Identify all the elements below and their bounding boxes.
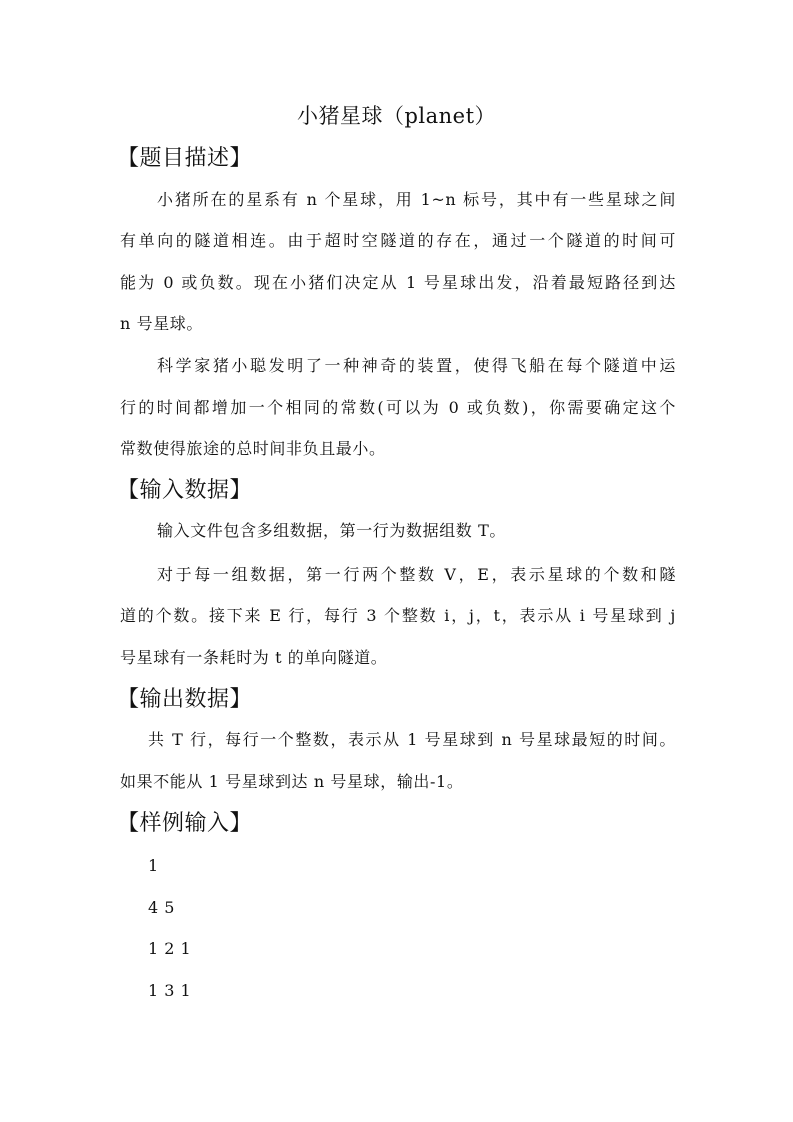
page-title: 小猪星球（planet） — [0, 101, 793, 131]
paragraph-line: 如果不能从 1 号星球到达 n 号星球，输出-1。 — [120, 771, 676, 793]
document-page: 小猪星球（planet） 【题目描述】 小猪所在的星系有 n 个星球，用 1~n… — [0, 0, 793, 1122]
section-heading-output: 【输出数据】 — [117, 685, 252, 715]
paragraph-line: 科学家猪小聪发明了一种神奇的装置，使得飞船在每个隧道中运 — [157, 355, 676, 377]
paragraph-line: 能为 0 或负数。现在小猪们决定从 1 号星球出发，沿着最短路径到达 — [120, 272, 676, 294]
section-heading-description: 【题目描述】 — [117, 144, 252, 174]
sample-input-line: 4 5 — [148, 897, 175, 919]
section-heading-input: 【输入数据】 — [117, 476, 252, 506]
sample-input-line: 1 3 1 — [148, 980, 191, 1002]
sample-input-line: 1 — [148, 855, 159, 877]
paragraph-line: 有单向的隧道相连。由于超时空隧道的存在，通过一个隧道的时间可 — [120, 230, 676, 252]
sample-input-line: 1 2 1 — [148, 938, 191, 960]
paragraph-line: 行的时间都增加一个相同的常数(可以为 0 或负数)，你需要确定这个 — [120, 397, 676, 419]
paragraph-line: 道的个数。接下来 E 行，每行 3 个整数 i，j，t，表示从 i 号星球到 j — [120, 605, 676, 627]
paragraph-line: 对于每一组数据，第一行两个整数 V，E，表示星球的个数和隧 — [157, 564, 676, 586]
section-heading-sample-input: 【样例输入】 — [117, 809, 252, 839]
paragraph-line: 常数使得旅途的总时间非负且最小。 — [120, 438, 676, 460]
paragraph-line: n 号星球。 — [120, 313, 676, 335]
paragraph-line: 小猪所在的星系有 n 个星球，用 1~n 标号，其中有一些星球之间 — [157, 189, 676, 211]
paragraph-line: 号星球有一条耗时为 t 的单向隧道。 — [120, 647, 676, 669]
paragraph-line: 共 T 行，每行一个整数，表示从 1 号星球到 n 号星球最短的时间。 — [148, 729, 676, 751]
paragraph-line: 输入文件包含多组数据，第一行为数据组数 T。 — [157, 520, 676, 542]
